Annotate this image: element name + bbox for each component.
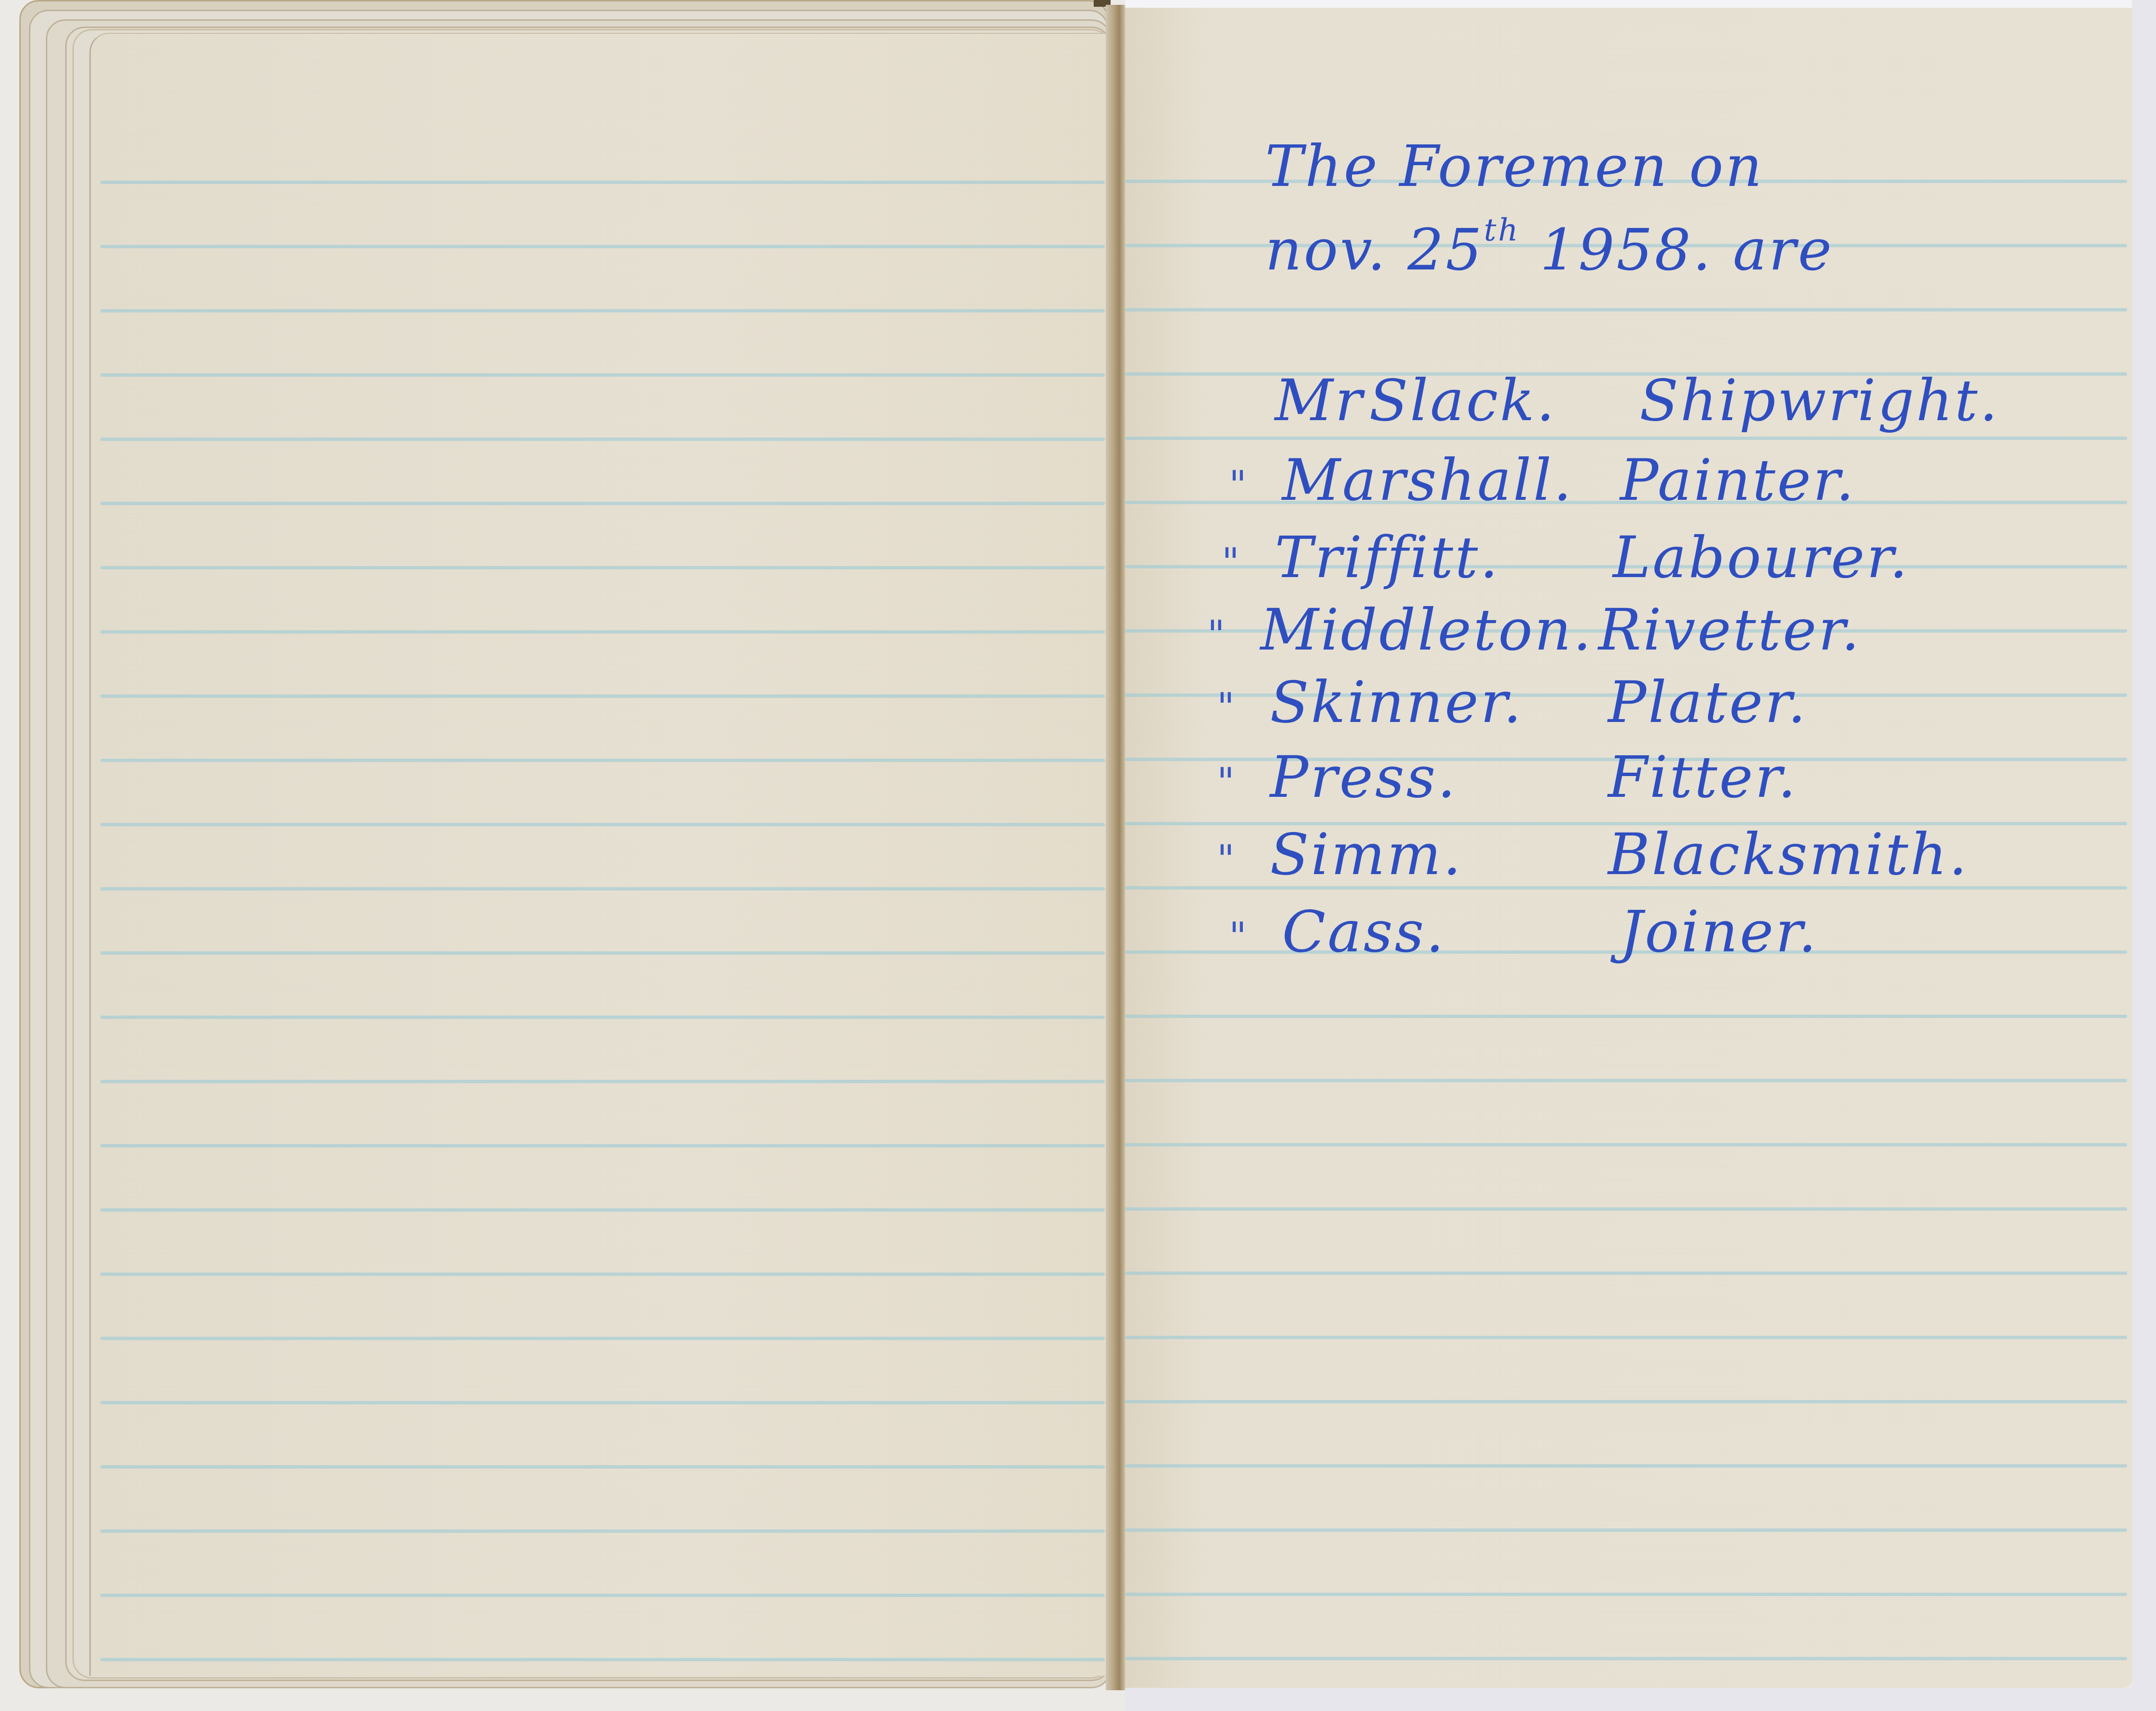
foreman-name: Triffitt. [1275, 524, 1613, 591]
foreman-trade: Painter. [1620, 447, 1856, 513]
foreman-name: Simm. [1270, 821, 1608, 888]
ruled-line [100, 309, 1105, 312]
foreman-name: Press. [1270, 744, 1608, 810]
heading-date: nov. 25 [1265, 216, 1484, 283]
ruled-line [1125, 1657, 2127, 1660]
ruled-line [1125, 1593, 2127, 1596]
ruled-line [100, 181, 1105, 184]
ditto-mark: " [1229, 463, 1282, 508]
scan-background-bottom [1125, 1688, 2156, 1711]
ruled-line [100, 1465, 1105, 1469]
foreman-row: "Marshall.Painter. [1229, 447, 1856, 513]
foreman-row: "Skinner.Plater. [1217, 669, 1808, 735]
ruled-line [1125, 308, 2127, 311]
scan-background-right [2132, 0, 2156, 1711]
ruled-line [100, 373, 1105, 377]
foreman-trade: Rivetter. [1598, 596, 1861, 663]
ruled-line [1125, 1143, 2127, 1146]
ditto-mark: " [1217, 685, 1270, 730]
ruled-line [1125, 1464, 2127, 1468]
ruled-line [100, 823, 1105, 826]
foreman-trade: Blacksmith. [1608, 821, 1969, 888]
ruled-line [100, 1658, 1105, 1661]
ruled-line [100, 1337, 1105, 1340]
heading-line-1: The Foremen on [1265, 133, 1764, 199]
foreman-trade: Shipwright. [1639, 367, 2000, 434]
ruled-line [1125, 1079, 2127, 1082]
ruled-line [100, 1401, 1105, 1404]
notebook-spine [1106, 5, 1125, 1690]
foreman-name: Cass. [1282, 898, 1620, 965]
scan-background-top [1125, 0, 2156, 8]
ruled-line [1125, 1207, 2127, 1211]
foreman-trade: Plater. [1608, 669, 1808, 735]
ruled-line [100, 887, 1105, 891]
ruled-line [100, 759, 1105, 762]
foreman-trade: Fitter. [1608, 744, 1798, 810]
foreman-row: "Middleton.Rivetter. [1207, 596, 1861, 663]
foreman-row: MrSlack.Shipwright. [1275, 367, 2000, 434]
ditto-mark: " [1229, 914, 1282, 959]
ditto-mark: " [1217, 837, 1270, 882]
ruled-line [1125, 1272, 2127, 1275]
foreman-name: Marshall. [1282, 447, 1620, 513]
ruled-line [1125, 437, 2127, 440]
ruled-line [1125, 1528, 2127, 1532]
foreman-name: Middleton. [1260, 596, 1598, 663]
heading-date-ordinal: th [1484, 212, 1520, 248]
left-page [89, 33, 1110, 1676]
ditto-mark: " [1217, 760, 1270, 805]
ruled-line [1125, 1400, 2127, 1403]
ruled-line [100, 1529, 1105, 1533]
ruled-line [100, 951, 1105, 955]
ruled-line [1125, 1015, 2127, 1018]
foreman-row: "Triffitt.Labourer. [1222, 524, 1909, 591]
ruled-line [100, 502, 1105, 505]
ruled-line [100, 1016, 1105, 1019]
ruled-line [100, 438, 1105, 441]
foreman-trade: Labourer. [1613, 524, 1909, 591]
foreman-name: Slack. [1369, 367, 1639, 434]
ruled-line [100, 1273, 1105, 1276]
ruled-line [100, 1594, 1105, 1597]
foreman-row: "Press.Fitter. [1217, 744, 1798, 810]
foreman-row: "Simm.Blacksmith. [1217, 821, 1969, 888]
foreman-name: Skinner. [1270, 669, 1608, 735]
ruled-line [1125, 1336, 2127, 1339]
title-prefix: Mr [1275, 367, 1364, 434]
ditto-mark: " [1207, 612, 1260, 657]
ruled-line [100, 1208, 1105, 1212]
heading-year: 1958. are [1520, 216, 1833, 283]
ruled-line [100, 245, 1105, 248]
ruled-line [100, 1080, 1105, 1083]
ruled-line [100, 630, 1105, 634]
foreman-trade: Joiner. [1620, 898, 1818, 965]
heading-line-2: nov. 25th 1958. are [1265, 212, 1833, 283]
ruled-line [100, 566, 1105, 569]
ruled-line [100, 694, 1105, 698]
foreman-row: "Cass.Joiner. [1229, 898, 1818, 965]
ruled-line [100, 1144, 1105, 1147]
ditto-mark: " [1222, 540, 1275, 585]
